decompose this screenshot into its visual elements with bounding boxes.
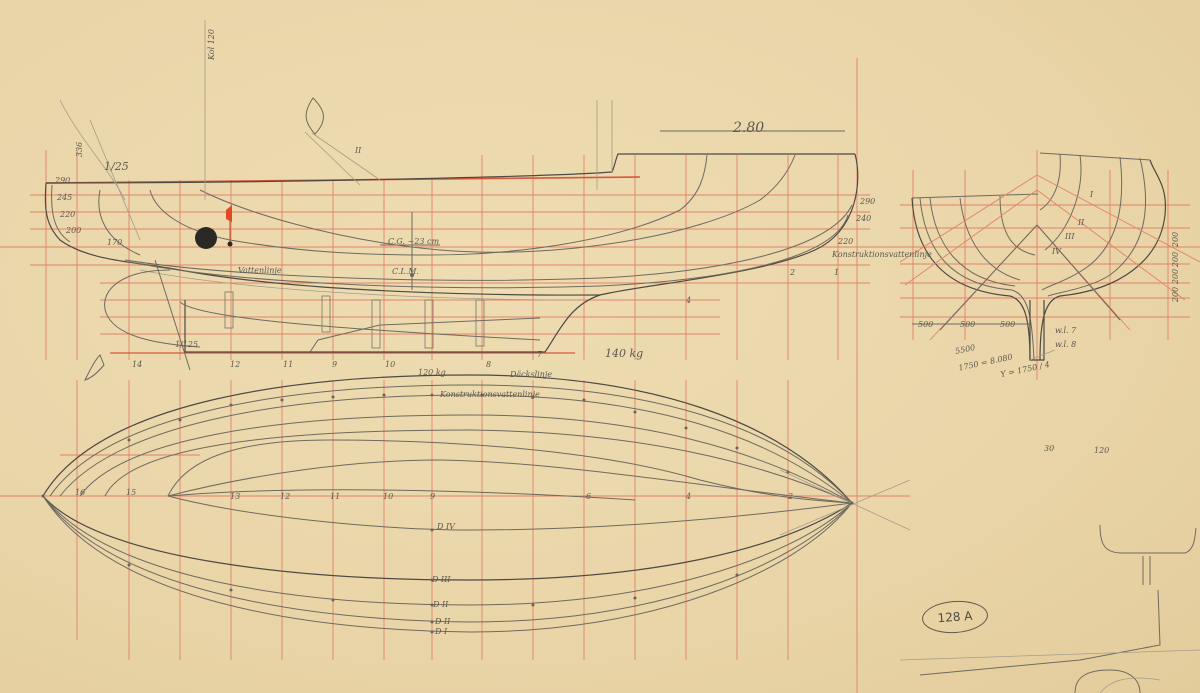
station-number: 9	[332, 360, 337, 369]
station-number: 4	[686, 296, 691, 305]
station-number: 2	[790, 268, 795, 277]
stern-label-3: 220	[838, 237, 853, 246]
diagonal-label-4: IV	[1052, 247, 1061, 256]
drawing-sheet: 2.80 1/25 336 290 245 220 200 170 C.G. ~…	[0, 0, 1200, 693]
keel-weight-label-2: 120 kg	[418, 368, 446, 377]
keel-weight-label: 140 kg	[605, 347, 643, 360]
margin-note-120: 120	[1094, 446, 1109, 455]
plan-station-number: 9	[430, 492, 435, 501]
top-left-margin-note: Kol 120	[207, 29, 216, 60]
plan-station-number: 6	[586, 492, 591, 501]
waterline-label-2: 245	[57, 193, 72, 202]
waterline-label-4: 200	[66, 226, 81, 235]
plan-grid	[0, 380, 910, 660]
bow-angle-label: 1/25	[104, 160, 129, 173]
diagonal-label-3: III	[1065, 232, 1074, 241]
body-right-note-1: w.l. 7	[1055, 326, 1076, 335]
body-height-label-3: 200	[1171, 269, 1180, 284]
stern-label-1: 290	[860, 197, 875, 206]
buttock-label-4: D II	[435, 617, 450, 626]
body-spacing-label-1: 500	[918, 320, 933, 329]
buttock-label-1: D IV	[437, 522, 455, 531]
plan-station-number: 11	[330, 492, 340, 501]
stern-label-2: 240	[856, 214, 871, 223]
diagonal-label-2: II	[1078, 218, 1084, 227]
red-marker-flag	[226, 205, 232, 222]
station-number: 7	[537, 350, 542, 359]
clm-label: C.L.M.	[392, 267, 419, 276]
plan-station-number: 13	[230, 492, 240, 501]
body-right-note-2: w.l. 8	[1055, 340, 1076, 349]
buttock-label-3: D II	[433, 600, 448, 609]
body-spacing-label-3: 500	[1000, 320, 1015, 329]
body-height-label-2: 200	[1171, 252, 1180, 267]
margin-note-30: 30	[1044, 444, 1054, 453]
plan-deck-note: Konstruktionsvattenlinje	[440, 390, 540, 399]
plan-station-number: 12	[280, 492, 290, 501]
buttock-label-5: D I	[435, 627, 447, 636]
station-number: 8	[486, 360, 491, 369]
station-number: 1	[834, 268, 839, 277]
drawing-number: 128 A	[937, 609, 973, 625]
plan-station-number: 15	[126, 488, 136, 497]
center-of-gravity-label: C.G. ~23 cm	[388, 237, 439, 246]
station-number: 12	[230, 360, 240, 369]
profile-hull	[45, 20, 857, 380]
plan-station-number: 4	[686, 492, 691, 501]
waterline-note-aft: Konstruktionsvattenlinje	[832, 250, 932, 259]
station-II-note: II	[355, 146, 361, 155]
ink-blot	[195, 227, 217, 249]
waterline-label-1: 290	[55, 176, 70, 185]
waterline-label-5: 170	[107, 238, 122, 247]
ballast-note: 1/125	[175, 340, 198, 349]
waterline-label-3: 220	[60, 210, 75, 219]
waterline-note-mid: Vattenlinje	[238, 266, 282, 275]
body-height-label-1: 200	[1171, 232, 1180, 247]
body-height-label-4: 200	[1171, 287, 1180, 302]
body-spacing-label-2: 500	[960, 320, 975, 329]
station-number: 11	[283, 360, 293, 369]
length-dimension-label: 2.80	[733, 120, 764, 136]
plan-deck-note-2: Däckslinje	[510, 370, 552, 379]
buttock-label-2: D III	[432, 575, 450, 584]
station-number: 14	[132, 360, 142, 369]
bow-height-label: 336	[75, 142, 84, 157]
station-number: 10	[385, 360, 395, 369]
plan-station-number: 16	[75, 488, 85, 497]
plan-hull	[42, 375, 911, 634]
body-plan-grid	[900, 150, 1200, 380]
plan-station-number: 10	[383, 492, 393, 501]
plan-station-number: 2	[788, 492, 793, 501]
diagonal-label-1: I	[1090, 190, 1093, 199]
